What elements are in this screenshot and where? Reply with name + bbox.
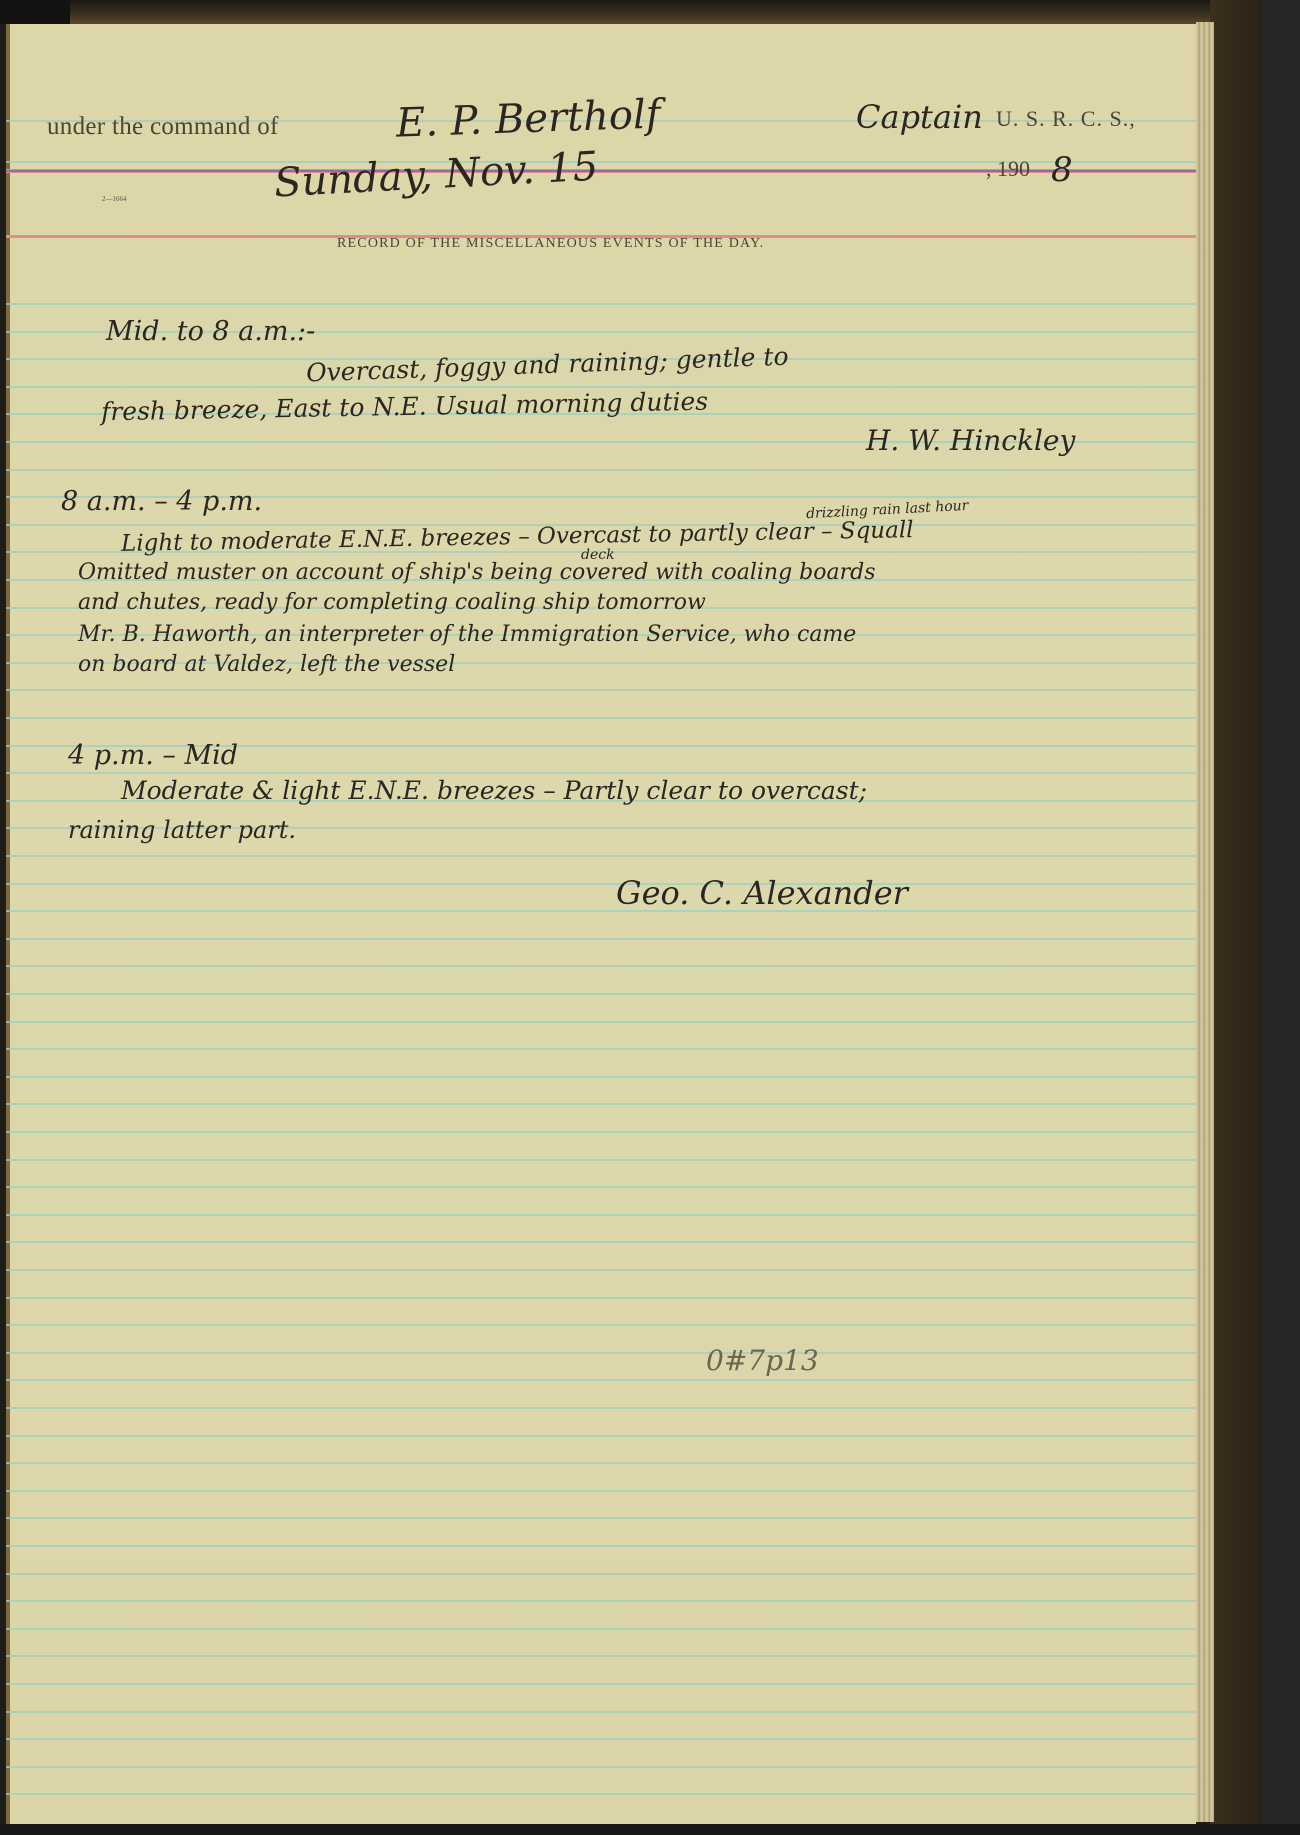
rule-line (6, 1186, 1196, 1188)
rule-line (6, 1379, 1196, 1381)
rule-line (6, 1352, 1196, 1354)
page-edges (1196, 22, 1216, 1822)
rule-line (6, 1517, 1196, 1519)
rule-line (6, 1600, 1196, 1602)
rule-line (6, 1297, 1196, 1299)
rule-line (6, 1573, 1196, 1575)
rule-line (6, 883, 1196, 885)
rule-line (6, 1159, 1196, 1161)
form-number: 2—1664 (102, 195, 127, 203)
year-handwritten-digit: 8 (1051, 150, 1073, 190)
rule-line (6, 965, 1196, 967)
rule-line (6, 993, 1196, 995)
rule-line (6, 772, 1196, 774)
rule-line (6, 1490, 1196, 1492)
entry-2-watch: 8 a.m. – 4 p.m. (61, 486, 262, 517)
entry-2-line-4: Mr. B. Haworth, an interpreter of the Im… (78, 622, 856, 647)
rule-line (6, 1683, 1196, 1685)
rule-line (6, 1048, 1196, 1050)
rule-line (6, 1407, 1196, 1409)
rule-line (6, 938, 1196, 940)
rule-line (6, 1738, 1196, 1740)
rule-line (6, 1214, 1196, 1216)
entry-2-line-5: on board at Valdez, left the vessel (78, 652, 455, 677)
page-binding-edge (6, 24, 10, 1824)
rule-line (6, 1131, 1196, 1133)
catalog-mark: 0#7p13 (706, 1344, 819, 1377)
entry-1-line-1: Overcast, foggy and raining; gentle to (306, 342, 789, 388)
rule-line (6, 1021, 1196, 1023)
rule-line (6, 303, 1196, 305)
rule-line (6, 1269, 1196, 1271)
rule-line (6, 1103, 1196, 1105)
entry-3-line-2: raining latter part. (68, 816, 296, 844)
section-title: RECORD OF THE MISCELLANEOUS EVENTS OF TH… (337, 236, 764, 252)
entry-3-line-1: Moderate & light E.N.E. breezes – Partly… (121, 776, 867, 805)
commander-name: E. P. Bertholf (395, 91, 661, 146)
year-printed-prefix: , 190 (986, 156, 1030, 182)
service-abbreviation: U. S. R. C. S., (996, 106, 1136, 132)
rule-line (6, 1655, 1196, 1657)
rule-line (6, 1793, 1196, 1795)
book-spine (1210, 0, 1300, 1835)
entry-1-line-2: fresh breeze, East to N.E. Usual morning… (101, 387, 709, 427)
rule-line (6, 1462, 1196, 1464)
rule-line (6, 1766, 1196, 1768)
rule-line (6, 1545, 1196, 1547)
entry-2-line-1: Light to moderate E.N.E. breezes – Overc… (121, 517, 914, 557)
entry-1-signature: H. W. Hinckley (866, 424, 1075, 457)
entry-1-watch: Mid. to 8 a.m.:- (106, 316, 315, 347)
entry-2-line-2: Omitted muster on account of ship's bein… (78, 560, 876, 585)
rule-line (6, 855, 1196, 857)
rule-line (6, 1711, 1196, 1713)
rule-line (6, 1628, 1196, 1630)
date-handwritten: Sunday, Nov. 15 (273, 144, 599, 207)
entry-3-watch: 4 p.m. – Mid (68, 740, 238, 771)
book-top-cover (0, 0, 1300, 24)
rule-line (6, 717, 1196, 719)
logbook-page: under the command of E. P. Bertholf Capt… (6, 24, 1196, 1824)
rank-handwritten: Captain (856, 98, 983, 136)
book-bottom-cover (0, 1824, 1300, 1835)
spine-outer-shadow (1262, 0, 1300, 1835)
cover-corner (0, 0, 70, 24)
ruled-lines (6, 24, 1196, 1824)
rule-line (6, 469, 1196, 471)
rule-line (6, 1324, 1196, 1326)
command-label: under the command of (47, 113, 279, 141)
rule-line (6, 1076, 1196, 1078)
rule-line (6, 1435, 1196, 1437)
rule-line (6, 910, 1196, 912)
entry-2-line-3: and chutes, ready for completing coaling… (78, 590, 706, 615)
rule-line (6, 689, 1196, 691)
entry-3-signature: Geo. C. Alexander (616, 874, 908, 912)
rule-line (6, 1241, 1196, 1243)
